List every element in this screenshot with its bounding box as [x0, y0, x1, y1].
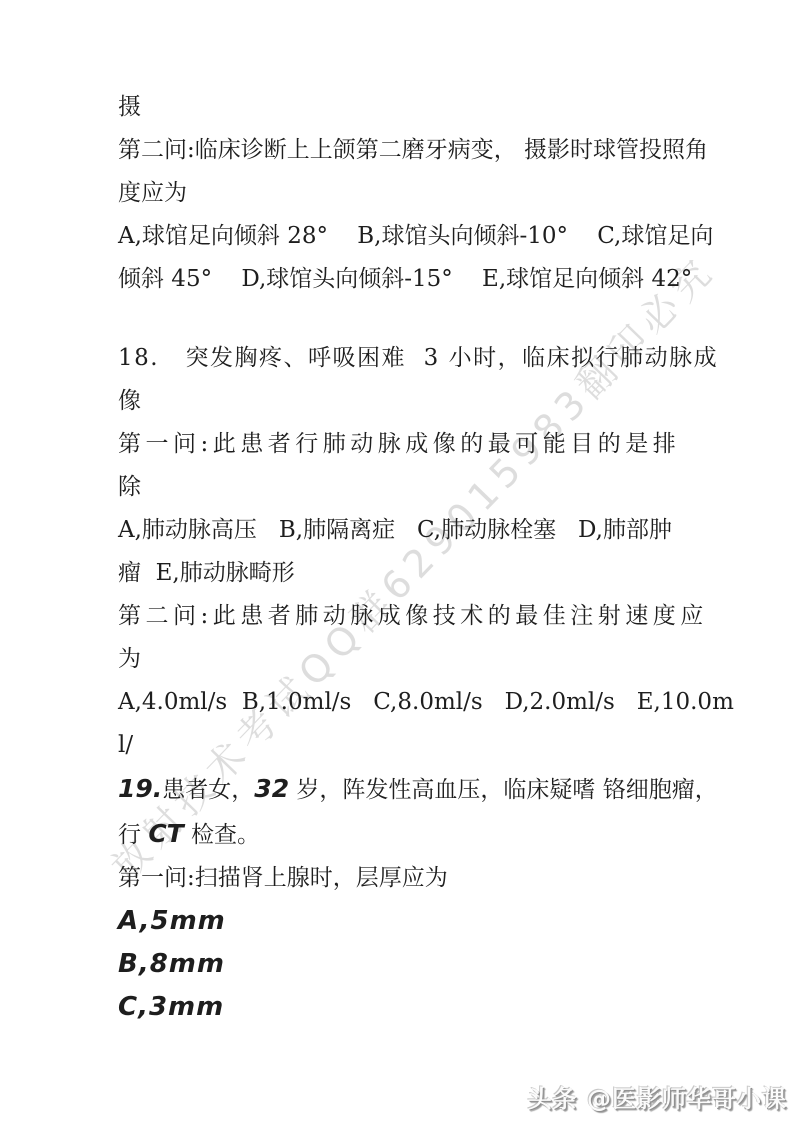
q17-part2-options-line2: 倾斜 45° D,球馆头向倾斜-15° E,球馆足向倾斜 42°	[118, 258, 678, 301]
q19-age-value: 32	[254, 774, 289, 803]
q19-number: 19.	[118, 774, 162, 803]
q18-part2-question-line2: 为	[118, 638, 678, 681]
q19-part1-question: 第一问:扫描肾上腺时，层厚应为	[118, 857, 678, 900]
q19-stem-text2: 岁，阵发性高血压，临床疑嗜 铬细胞瘤，	[289, 777, 718, 803]
q19-option-c: C,3mm	[118, 986, 678, 1029]
q18-part1-question-line1: 第一问:此患者行肺动脉成像的最可能目的是排	[118, 423, 678, 466]
q19-stem-line2: 行 CT 检查。	[118, 812, 678, 857]
q19-stem-line1: 19.患者女，32 岁，阵发性高血压，临床疑嗜 铬细胞瘤，	[118, 767, 678, 812]
q18-part1-options-line2: 瘤 E,肺动脉畸形	[118, 552, 678, 595]
q18-part2-question-line1: 第二问:此患者肺动脉成像技术的最佳注射速度应	[118, 595, 678, 638]
q17-stem-carryover: 摄	[118, 86, 678, 129]
q19-ct-label: CT	[148, 819, 183, 848]
exam-content: 摄 第二问:临床诊断上上颌第二磨牙病变， 摄影时球管投照角 度应为 A,球馆足向…	[118, 86, 678, 1029]
q19-stem-text3: 行	[118, 822, 148, 848]
document-page: 放射技术考试QQ群629015983翻印必究 摄 第二问:临床诊断上上颌第二磨牙…	[0, 0, 793, 1122]
q19-stem-text1: 患者女，	[162, 777, 254, 803]
q19-stem-text4: 检查。	[184, 822, 260, 848]
q18-part2-options-line2: l/	[118, 724, 678, 767]
footer-watermark: 头条 @医影师华哥小课	[528, 1079, 787, 1114]
q19-option-b: B,8mm	[118, 943, 678, 986]
q18-part1-options-line1: A,肺动脉高压 B,肺隔离症 C,肺动脉栓塞 D,肺部肿	[118, 509, 678, 552]
q19-option-a: A,5mm	[118, 900, 678, 943]
q17-part2-options-line1: A,球馆足向倾斜 28° B,球馆头向倾斜-10° C,球馆足向	[118, 215, 678, 258]
q17-part2-question-line1: 第二问:临床诊断上上颌第二磨牙病变， 摄影时球管投照角	[118, 129, 678, 172]
q18-part2-options-line1: A,4.0ml/s B,1.0ml/s C,8.0ml/s D,2.0ml/s …	[118, 681, 678, 724]
q18-stem-line1: 18. 突发胸疼、呼吸困难 3 小时，临床拟行肺动脉成	[118, 337, 678, 380]
q18-part1-question-line2: 除	[118, 466, 678, 509]
q17-part2-question-line2: 度应为	[118, 172, 678, 215]
q18-stem-line2: 像	[118, 380, 678, 423]
